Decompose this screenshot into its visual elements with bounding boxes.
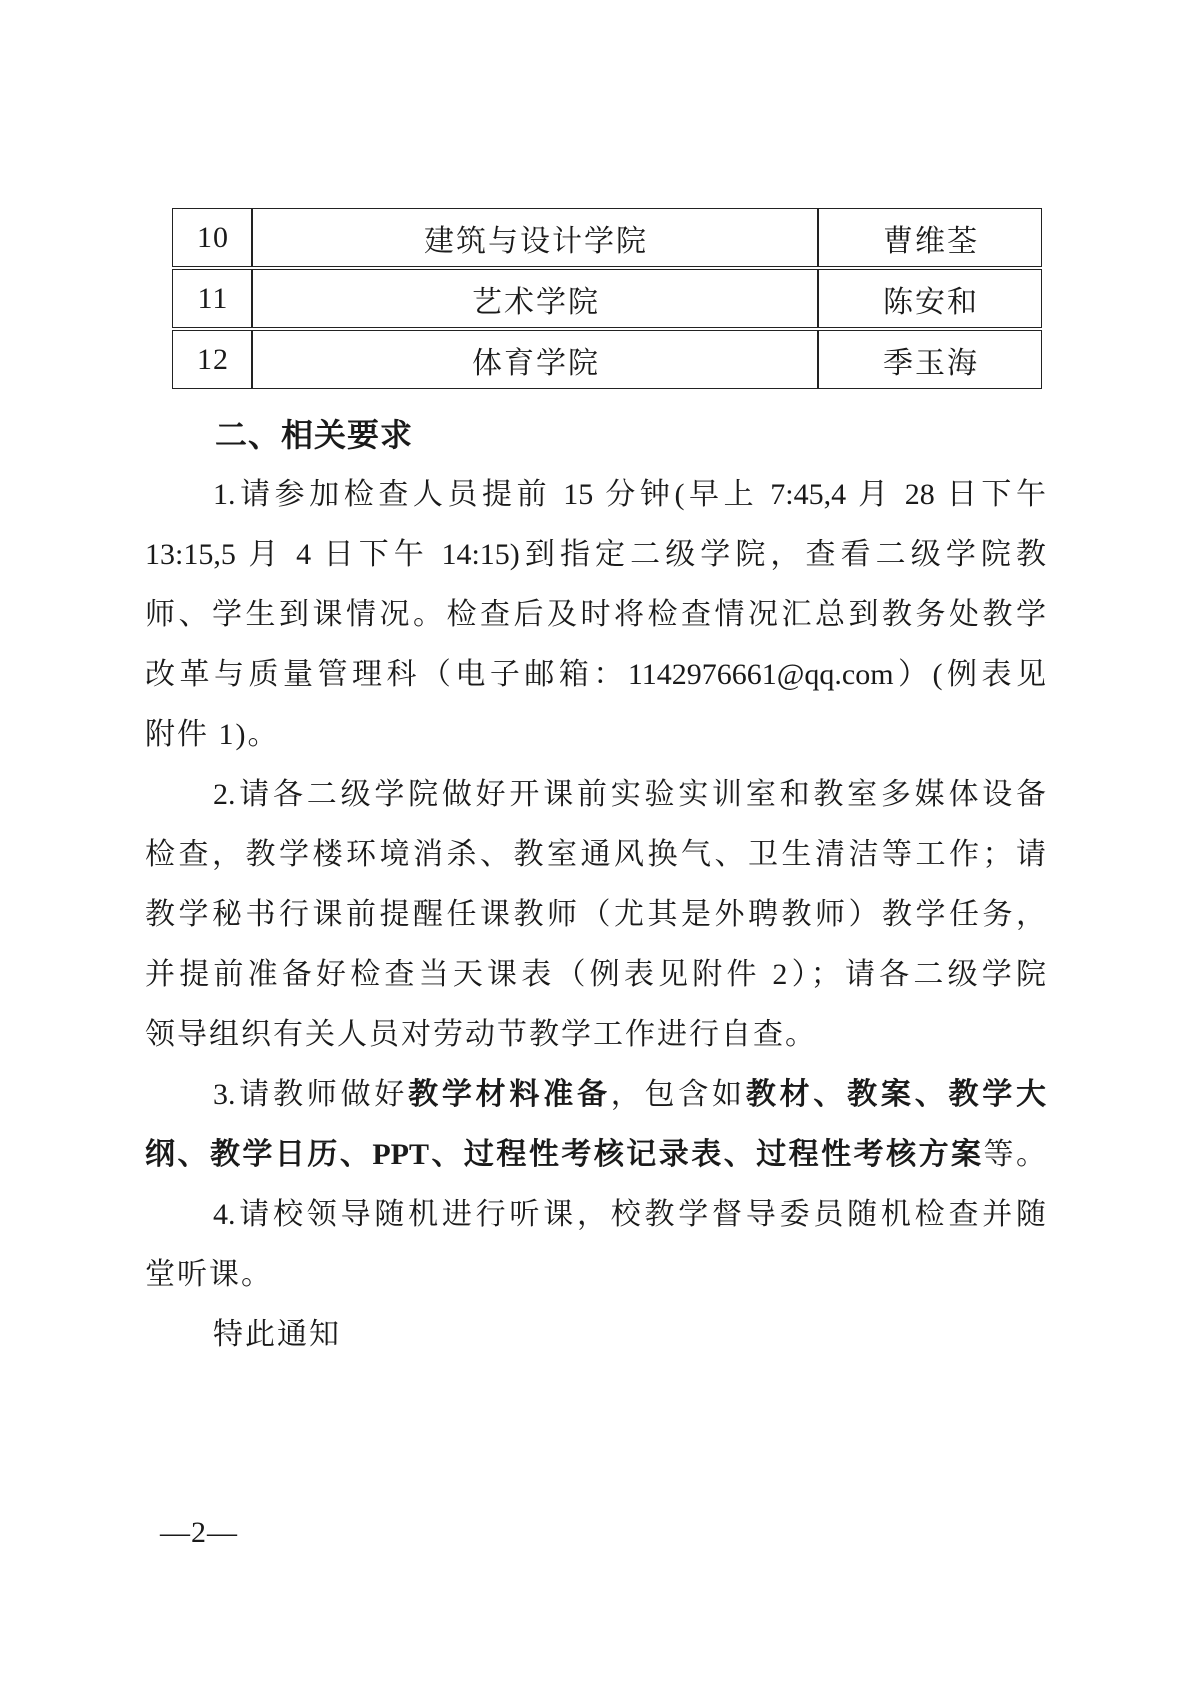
- paragraph-3-line-1: 3.请教师做好教学材料准备，包含如教材、教案、教学大: [145, 1065, 1046, 1125]
- closing-line: 特此通知: [145, 1305, 1046, 1365]
- section-heading: 二、相关要求: [145, 405, 1046, 465]
- paragraph-1-line-4: 改革与质量管理科（电子邮箱：1142976661@qq.com）(例表见: [145, 645, 1046, 705]
- table-row: 10 建筑与设计学院 曹维荃: [172, 208, 1042, 267]
- table-row: 11 艺术学院 陈安和: [172, 269, 1042, 328]
- row-number-cell: 10: [172, 208, 252, 267]
- bold-text-segment: 教学材料准备: [408, 1078, 611, 1111]
- document-page: 10 建筑与设计学院 曹维荃 11 艺术学院 陈安和 12 体育学院 季玉海 二…: [0, 0, 1191, 1684]
- bold-text-segment: 纲、教学日历、PPT、过程性考核记录表、过程性考核方案: [145, 1138, 984, 1171]
- page-number: —2—: [160, 1503, 238, 1563]
- college-name-cell: 体育学院: [252, 330, 818, 389]
- inspection-assignment-table: 10 建筑与设计学院 曹维荃 11 艺术学院 陈安和 12 体育学院 季玉海: [172, 206, 1042, 391]
- college-name-cell: 建筑与设计学院: [252, 208, 818, 267]
- paragraph-2-line-1: 2.请各二级学院做好开课前实验实训室和教室多媒体设备: [145, 765, 1046, 825]
- text-segment: ，包含如: [611, 1078, 746, 1111]
- row-number-cell: 12: [172, 330, 252, 389]
- paragraph-4-line-2: 堂听课。: [145, 1245, 1046, 1305]
- paragraph-1-line-3: 师、学生到课情况。检查后及时将检查情况汇总到教务处教学: [145, 585, 1046, 645]
- bold-text-segment: 教材、教案、教学大: [746, 1078, 1046, 1111]
- paragraph-2-line-3: 教学秘书行课前提醒任课教师（尤其是外聘教师）教学任务，: [145, 885, 1046, 945]
- college-name-cell: 艺术学院: [252, 269, 818, 328]
- table-row: 12 体育学院 季玉海: [172, 330, 1042, 389]
- inspector-name-cell: 季玉海: [818, 330, 1042, 389]
- text-segment: 3.请教师做好: [213, 1078, 408, 1111]
- paragraph-4-line-1: 4.请校领导随机进行听课，校教学督导委员随机检查并随: [145, 1185, 1046, 1245]
- paragraph-2-line-5: 领导组织有关人员对劳动节教学工作进行自查。: [145, 1005, 1046, 1065]
- paragraph-2-line-2: 检查，教学楼环境消杀、教室通风换气、卫生清洁等工作；请: [145, 825, 1046, 885]
- paragraph-3-line-2: 纲、教学日历、PPT、过程性考核记录表、过程性考核方案等。: [145, 1125, 1046, 1185]
- paragraph-1-line-5: 附件 1)。: [145, 705, 1046, 765]
- inspector-name-cell: 陈安和: [818, 269, 1042, 328]
- paragraph-2-line-4: 并提前准备好检查当天课表（例表见附件 2）；请各二级学院: [145, 945, 1046, 1005]
- paragraph-1-line-2: 13:15,5 月 4 日下午 14:15)到指定二级学院，查看二级学院教: [145, 525, 1046, 585]
- inspector-name-cell: 曹维荃: [818, 208, 1042, 267]
- document-body: 二、相关要求 1.请参加检查人员提前 15 分钟(早上 7:45,4 月 28 …: [0, 405, 1191, 1365]
- text-segment: 等。: [984, 1138, 1046, 1171]
- paragraph-1-line-1: 1.请参加检查人员提前 15 分钟(早上 7:45,4 月 28 日下午: [145, 465, 1046, 525]
- row-number-cell: 11: [172, 269, 252, 328]
